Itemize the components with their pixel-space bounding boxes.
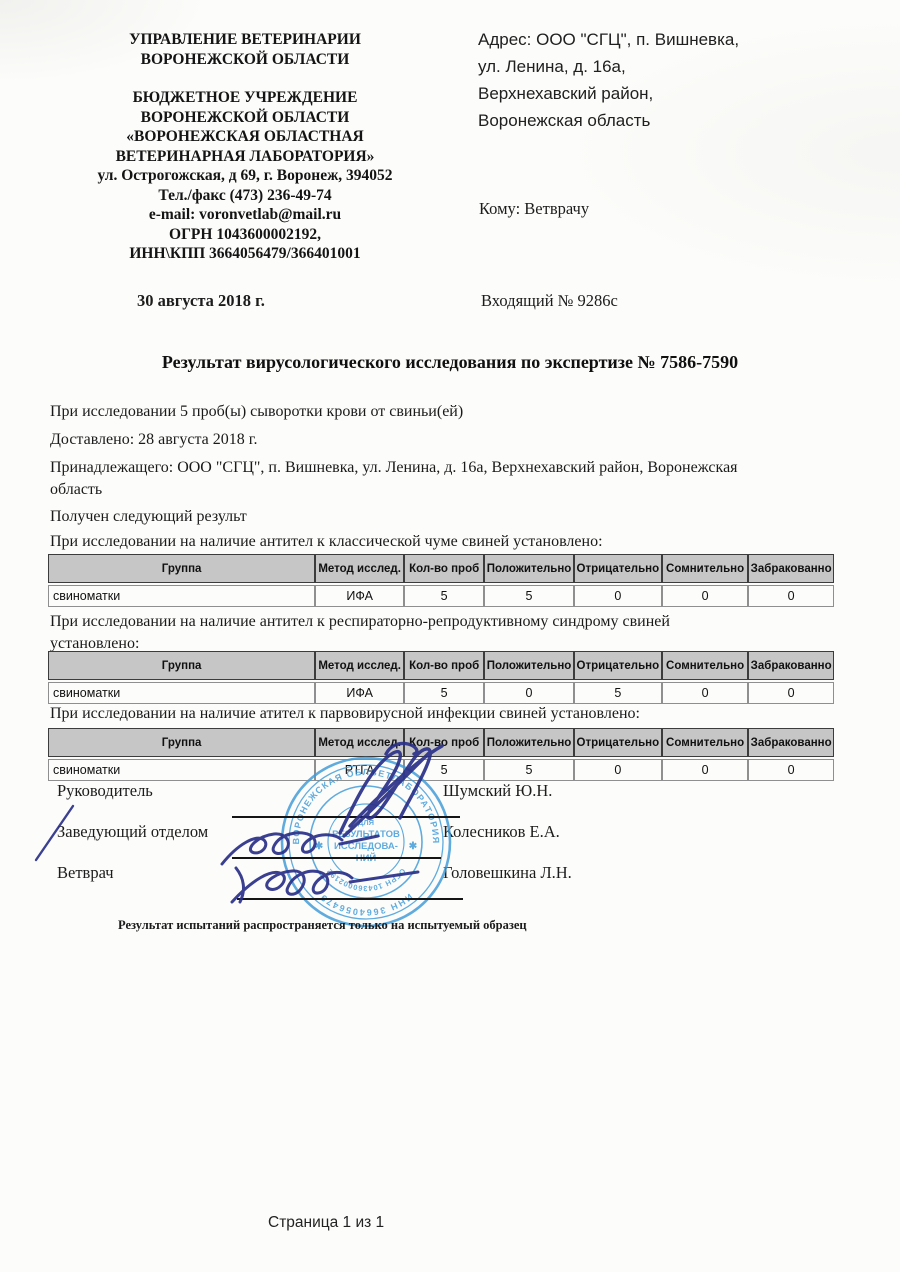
scanned-document: УПРАВЛЕНИЕ ВЕТЕРИНАРИИ ВОРОНЕЖСКОЙ ОБЛАС… <box>0 0 900 1272</box>
margin-pen-slash <box>36 806 73 860</box>
results-table-prrs: ГруппаМетод исслед.Кол-во пробПоложитель… <box>48 649 834 706</box>
document-title: Результат вирусологического исследования… <box>0 352 900 373</box>
signature-ink-director <box>340 743 442 836</box>
table-cell: 5 <box>404 682 484 704</box>
paragraph-delivered: Доставлено: 28 августа 2018 г. <box>50 429 258 451</box>
table-header-row: ГруппаМетод исслед.Кол-во пробПоложитель… <box>48 651 834 680</box>
column-header: Кол-во проб <box>404 651 484 680</box>
column-header: Отрицательно <box>574 554 662 583</box>
address-line: ул. Ленина, д. 16а, <box>478 53 739 80</box>
table-row: свиноматкиИФА55000 <box>48 585 834 607</box>
column-header: Группа <box>48 554 315 583</box>
column-header: Забракованно <box>748 651 834 680</box>
org-line: ВОРОНЕЖСКОЙ ОБЛАСТИ <box>60 50 430 70</box>
paragraph-owner: Принадлежащего: ООО "СГЦ", п. Вишневка, … <box>50 457 870 501</box>
column-header: Положительно <box>484 554 574 583</box>
table-cell: 0 <box>748 759 834 781</box>
column-header: Сомнительно <box>662 728 748 757</box>
org-line: БЮДЖЕТНОЕ УЧРЕЖДЕНИЕ <box>60 88 430 108</box>
column-header: Забракованно <box>748 728 834 757</box>
org-line: ВОРОНЕЖСКОЙ ОБЛАСТИ <box>60 108 430 128</box>
paragraph-owner-line2: область <box>50 481 102 498</box>
table-cell: 0 <box>484 682 574 704</box>
signature-ink-head-of-department <box>222 833 378 864</box>
org-line: ВЕТЕРИНАРНАЯ ЛАБОРАТОРИЯ» <box>60 147 430 167</box>
table-cell: 0 <box>574 759 662 781</box>
paragraph-samples: При исследовании 5 проб(ы) сыворотки кро… <box>50 401 463 423</box>
column-header: Отрицательно <box>574 728 662 757</box>
table-cell: 0 <box>662 585 748 607</box>
incoming-number: Входящий № 9286с <box>481 291 618 311</box>
column-header: Отрицательно <box>574 651 662 680</box>
org-email-line: e-mail: voronvetlab@mail.ru <box>60 205 430 225</box>
recipient-to-line: Кому: Ветврачу <box>479 199 589 219</box>
table-row: свиноматкиИФА50500 <box>48 682 834 704</box>
table-cell: 0 <box>662 759 748 781</box>
org-line: УПРАВЛЕНИЕ ВЕТЕРИНАРИИ <box>60 30 430 50</box>
column-header: Положительно <box>484 651 574 680</box>
table-cell: 5 <box>484 585 574 607</box>
column-header: Метод исслед. <box>315 554 404 583</box>
column-header: Кол-во проб <box>404 554 484 583</box>
table-cell: 0 <box>662 682 748 704</box>
column-header: Группа <box>48 651 315 680</box>
document-date: 30 августа 2018 г. <box>137 291 265 311</box>
org-inn-line: ИНН\КПП 3664056479/366401001 <box>60 244 430 264</box>
table-header-row: ГруппаМетод исслед.Кол-во пробПоложитель… <box>48 554 834 583</box>
table-cell: 5 <box>574 682 662 704</box>
page-number: Страница 1 из 1 <box>268 1214 384 1232</box>
paragraph-owner-line1: Принадлежащего: ООО "СГЦ", п. Вишневка, … <box>50 459 738 476</box>
column-header: Сомнительно <box>662 554 748 583</box>
paragraph-study-2-line1: При исследовании на наличие антител к ре… <box>50 613 670 630</box>
paragraph-study-3: При исследовании на наличие атител к пар… <box>50 703 640 725</box>
org-line: «ВОРОНЕЖСКАЯ ОБЛАСТНАЯ <box>60 127 430 147</box>
org-address-line: ул. Острогожская, д 69, г. Воронеж, 3940… <box>60 166 430 186</box>
table-cell: 0 <box>748 585 834 607</box>
table-cell: ИФА <box>315 585 404 607</box>
table-cell: 0 <box>574 585 662 607</box>
table-cell: свиноматки <box>48 585 315 607</box>
paragraph-study-1: При исследовании на наличие антител к кл… <box>50 531 603 553</box>
results-table-classical-swine-fever: ГруппаМетод исслед.Кол-во пробПоложитель… <box>48 552 834 609</box>
recipient-address-block: Адрес: ООО "СГЦ", п. Вишневка, ул. Ленин… <box>478 26 739 134</box>
org-header-block: УПРАВЛЕНИЕ ВЕТЕРИНАРИИ ВОРОНЕЖСКОЙ ОБЛАС… <box>60 30 430 264</box>
handwritten-signatures-overlay <box>0 738 550 918</box>
column-header: Метод исслед. <box>315 651 404 680</box>
table-cell: 0 <box>748 682 834 704</box>
address-line: Верхнехавский район, <box>478 80 739 107</box>
signature-ink-veterinarian <box>232 868 418 902</box>
table-cell: 5 <box>404 585 484 607</box>
address-line: Воронежская область <box>478 107 739 134</box>
org-phone-line: Тел./факс (473) 236-49-74 <box>60 186 430 206</box>
org-ogrn-line: ОГРН 1043600002192, <box>60 225 430 245</box>
column-header: Сомнительно <box>662 651 748 680</box>
paragraph-result-intro: Получен следующий результ <box>50 506 247 528</box>
table-cell: ИФА <box>315 682 404 704</box>
disclaimer-note: Результат испытаний распространяется тол… <box>118 918 527 933</box>
column-header: Забракованно <box>748 554 834 583</box>
address-line: Адрес: ООО "СГЦ", п. Вишневка, <box>478 26 739 53</box>
table-cell: свиноматки <box>48 682 315 704</box>
